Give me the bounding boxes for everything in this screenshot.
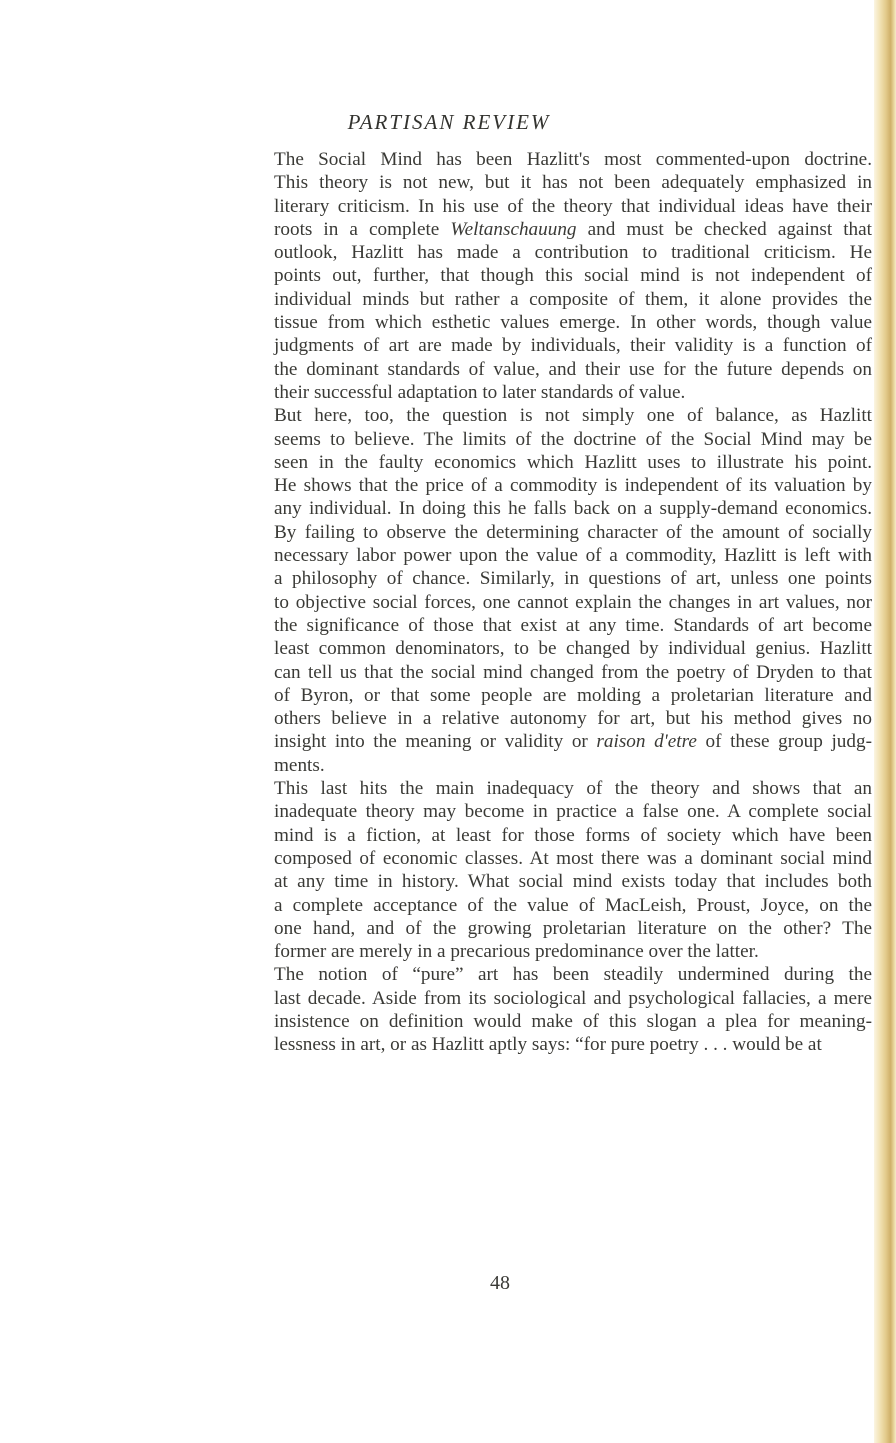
- text-line: former are merely in a precarious predom…: [250, 940, 872, 963]
- text-line: one hand, and of the growing proletarian…: [250, 917, 872, 940]
- page-binding-edge: [874, 0, 896, 1443]
- paragraph: The Social Mind has been Hazlitt's most …: [250, 148, 872, 404]
- text-line: inadequate theory may become in practice…: [250, 800, 872, 823]
- text-line: points out, further, that though this so…: [250, 264, 872, 287]
- paragraph: But here, too, the question is not simpl…: [250, 404, 872, 777]
- text-line: composed of economic classes. At most th…: [250, 847, 872, 870]
- text-line: literary criticism. In his use of the th…: [250, 195, 872, 218]
- paragraph: The notion of “pure” art has been steadi…: [250, 963, 872, 1056]
- text-line: necessary labor power upon the value of …: [250, 544, 872, 567]
- text-line: By failing to observe the determining ch…: [250, 521, 872, 544]
- text-line: But here, too, the question is not simpl…: [250, 404, 872, 427]
- running-head: PARTISAN REVIEW: [250, 110, 648, 135]
- paragraph: This last hits the main inadequacy of th…: [250, 777, 872, 963]
- text-line: last decade. Aside from its sociological…: [250, 987, 872, 1010]
- italic-term: raison d'etre: [596, 731, 696, 752]
- text-line: at any time in history. What social mind…: [250, 870, 872, 893]
- text-line: judgments of art are made by individuals…: [250, 334, 872, 357]
- text-line: outlook, Hazlitt has made a contribution…: [250, 241, 872, 264]
- text-line: lessness in art, or as Hazlitt aptly say…: [250, 1033, 872, 1056]
- text-line: a complete acceptance of the value of Ma…: [250, 894, 872, 917]
- text-line: seems to believe. The limits of the doct…: [250, 428, 872, 451]
- text-line: The notion of “pure” art has been steadi…: [250, 963, 872, 986]
- text-line: individual minds but rather a composite …: [250, 288, 872, 311]
- text-line: insistence on definition would make of t…: [250, 1010, 872, 1033]
- text-line: insight into the meaning or validity or …: [250, 730, 872, 753]
- book-page: PARTISAN REVIEW The Social Mind has been…: [0, 0, 896, 1443]
- text-line: any individual. In doing this he falls b…: [250, 497, 872, 520]
- text-line: He shows that the price of a commodity i…: [250, 474, 872, 497]
- text-line: mind is a fiction, at least for those fo…: [250, 824, 872, 847]
- text-line: others believe in a relative autonomy fo…: [250, 707, 872, 730]
- text-line: a philosophy of chance. Similarly, in qu…: [250, 567, 872, 590]
- text-line: the significance of those that exist at …: [250, 614, 872, 637]
- text-line: of Byron, or that some people are moldin…: [250, 684, 872, 707]
- text-line: This theory is not new, but it has not b…: [250, 171, 872, 194]
- body-text: The Social Mind has been Hazlitt's most …: [250, 148, 872, 1057]
- text-line: the dominant standards of value, and the…: [250, 358, 872, 381]
- text-line: ments.: [250, 754, 872, 777]
- text-line: to objective social forces, one cannot e…: [250, 591, 872, 614]
- text-line: This last hits the main inadequacy of th…: [250, 777, 872, 800]
- text-line: The Social Mind has been Hazlitt's most …: [250, 148, 872, 171]
- text-line: least common denominators, to be changed…: [250, 637, 872, 660]
- text-line: seen in the faulty economics which Hazli…: [250, 451, 872, 474]
- text-line: can tell us that the social mind changed…: [250, 661, 872, 684]
- page-number: 48: [470, 1272, 530, 1295]
- text-line: their successful adaptation to later sta…: [250, 381, 872, 404]
- text-line: tissue from which esthetic values emerge…: [250, 311, 872, 334]
- italic-term: Weltanschauung: [450, 219, 576, 240]
- text-line: roots in a complete Weltanschauung and m…: [250, 218, 872, 241]
